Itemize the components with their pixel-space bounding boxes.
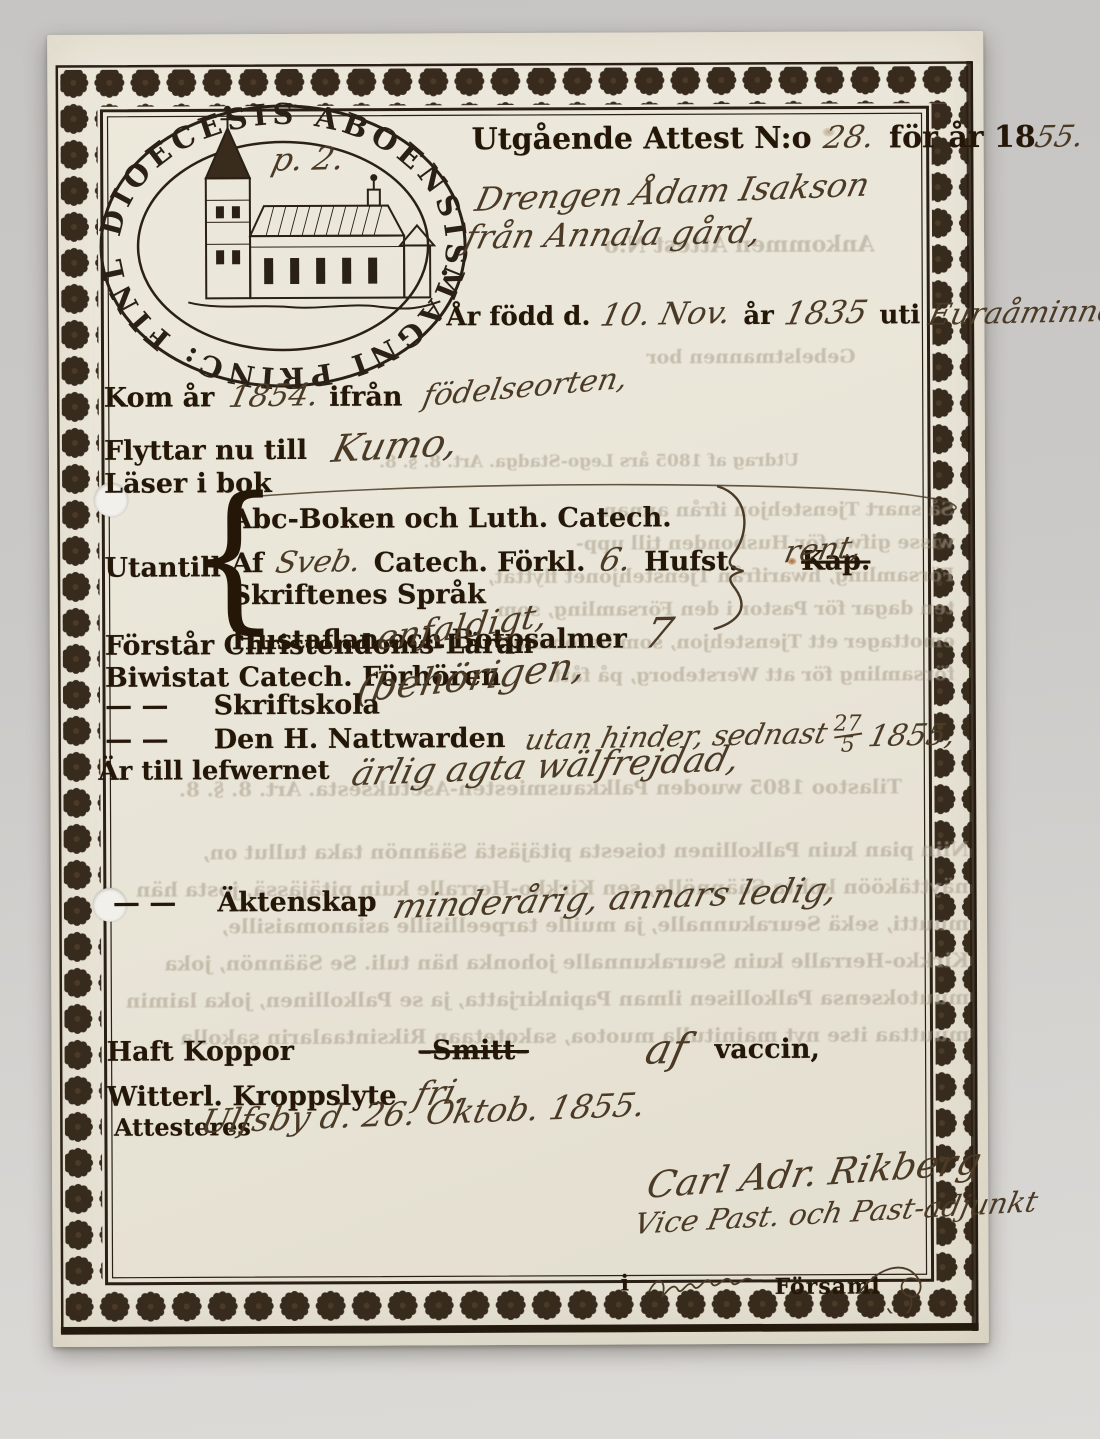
ink-flourish	[852, 1249, 932, 1313]
header-year-label: för år 18	[889, 120, 1036, 156]
handwritten-scrawl	[645, 1262, 765, 1305]
attest-number: 28.	[821, 119, 879, 156]
utantill-item1: Abc-Boken och Luth. Catech.	[231, 502, 671, 535]
arrival-label: Kom år	[104, 382, 215, 413]
ditto-dashes: — —	[105, 691, 169, 722]
marriage-row: — — Äktenskap minderårig, annars ledig,	[113, 878, 835, 921]
attest-year: 55.	[1032, 119, 1088, 155]
field-arrival: Kom år 1854. ifrån födelseorten,	[104, 377, 624, 415]
arrival-from-label: ifrån	[329, 382, 402, 413]
born-year-label: år	[743, 301, 774, 331]
parish-line: i	[621, 1271, 629, 1297]
communion-date-fraction: 275	[834, 716, 862, 755]
utantill-label: Utantill	[104, 552, 221, 584]
recipient-origin: från Annala gård,	[461, 211, 766, 256]
document-paper: Ankommen Attest N:o Gebelstmannen bor Ut…	[47, 31, 989, 1347]
photo-background: Ankommen Attest N:o Gebelstmannen bor Ut…	[0, 0, 1100, 1439]
field-born: År född d. 10. Nov. år 1835 uti Euraåmin…	[446, 292, 1100, 333]
diocese-seal: DIOECESIS ABOENSIS. MAGNI PRINC: FINL.	[87, 93, 478, 397]
born-place-label: uti	[879, 300, 920, 330]
header-label: Utgående Attest N:o	[472, 121, 812, 157]
born-day: 10. Nov.	[597, 295, 734, 334]
utantill-item2-hand2: 6.	[596, 540, 635, 579]
arrival-year: 1854.	[225, 377, 322, 415]
utantill-item3: Skriftenes Språk	[232, 579, 486, 611]
utantill-item4-hand: 7	[640, 608, 678, 658]
struck-smitt: –Smitt–	[419, 1035, 529, 1066]
closing-brace-hand	[705, 482, 776, 630]
ditto-dashes: — —	[113, 887, 177, 918]
attest-header: Utgående Attest N:o 28. för år 1855.	[472, 119, 1084, 158]
smallpox-row: Haft Koppor –Smitt– af vaccin,	[107, 1033, 967, 1068]
page-number-note: p. 2.	[268, 139, 348, 179]
communion-year: 1855,	[865, 717, 959, 754]
born-year: 1835	[780, 293, 870, 333]
utantill-item2-hand1: Sveb.	[272, 544, 364, 581]
utantill-result: rent,	[781, 529, 865, 571]
conduct-value: ärlig agta wälfrejdad,	[348, 739, 744, 794]
conduct-row: Är till lefwernet ärlig agta wälfrejdad,	[98, 746, 737, 789]
born-label: År född d.	[446, 302, 590, 333]
born-place: Euraåminne	[925, 294, 1100, 333]
bleedthrough-text: Gebelstmannen bor	[647, 346, 856, 369]
destination-value: Kumo,	[328, 420, 463, 471]
